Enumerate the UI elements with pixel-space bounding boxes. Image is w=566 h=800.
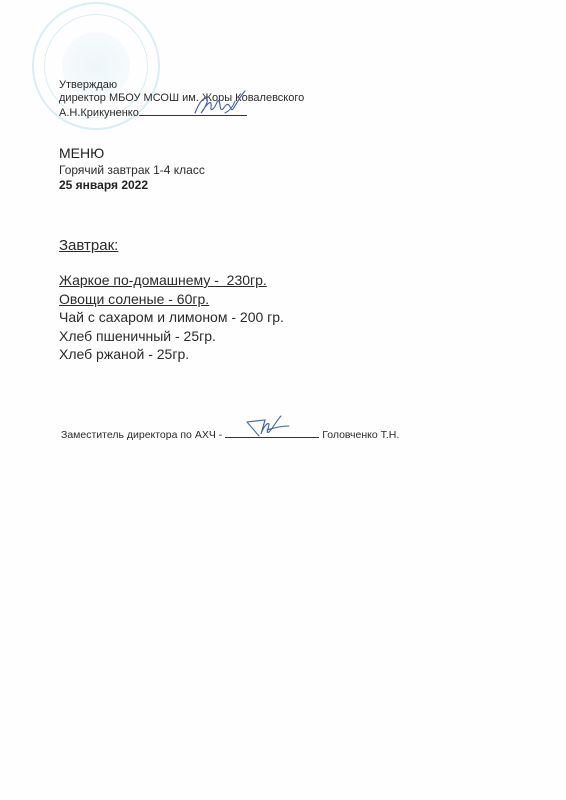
approval-position: директор МБОУ МСОШ им. Жоры Ковалевского [59,92,304,105]
deputy-name: Головченко Т.Н. [322,429,399,441]
list-item: Чай с сахаром и лимоном - 200 гр. [59,308,284,327]
list-item: Жаркое по-домашнему - 230гр. [59,271,284,290]
list-item: Хлеб пшеничный - 25гр. [59,327,284,346]
approval-block: Утверждаю директор МБОУ МСОШ им. Жоры Ко… [59,79,304,120]
list-item: Хлеб ржаной - 25гр. [59,345,284,364]
approval-signature-row: А.Н.Крикуненко [59,105,304,120]
meal-items-list: Жаркое по-домашнему - 230гр. Овощи солен… [59,271,284,364]
meal-heading: Завтрак: [59,237,118,255]
deputy-position: Заместитель директора по АХЧ - [61,429,222,441]
menu-title: МЕНЮ [59,145,104,161]
deputy-signature-icon [243,414,293,440]
approval-name: А.Н.Крикуненко [59,107,139,119]
document-page: Утверждаю директор МБОУ МСОШ им. Жоры Ко… [0,0,566,800]
signature-line [225,428,319,438]
menu-subtitle: Горячий завтрак 1-4 класс [59,163,205,177]
deputy-signature-block: Заместитель директора по АХЧ - Головченк… [61,428,399,442]
menu-date: 25 января 2022 [59,178,148,192]
signature-line [139,105,247,116]
approval-label: Утверждаю [59,79,304,92]
list-item: Овощи соленые - 60гр. [59,290,284,309]
